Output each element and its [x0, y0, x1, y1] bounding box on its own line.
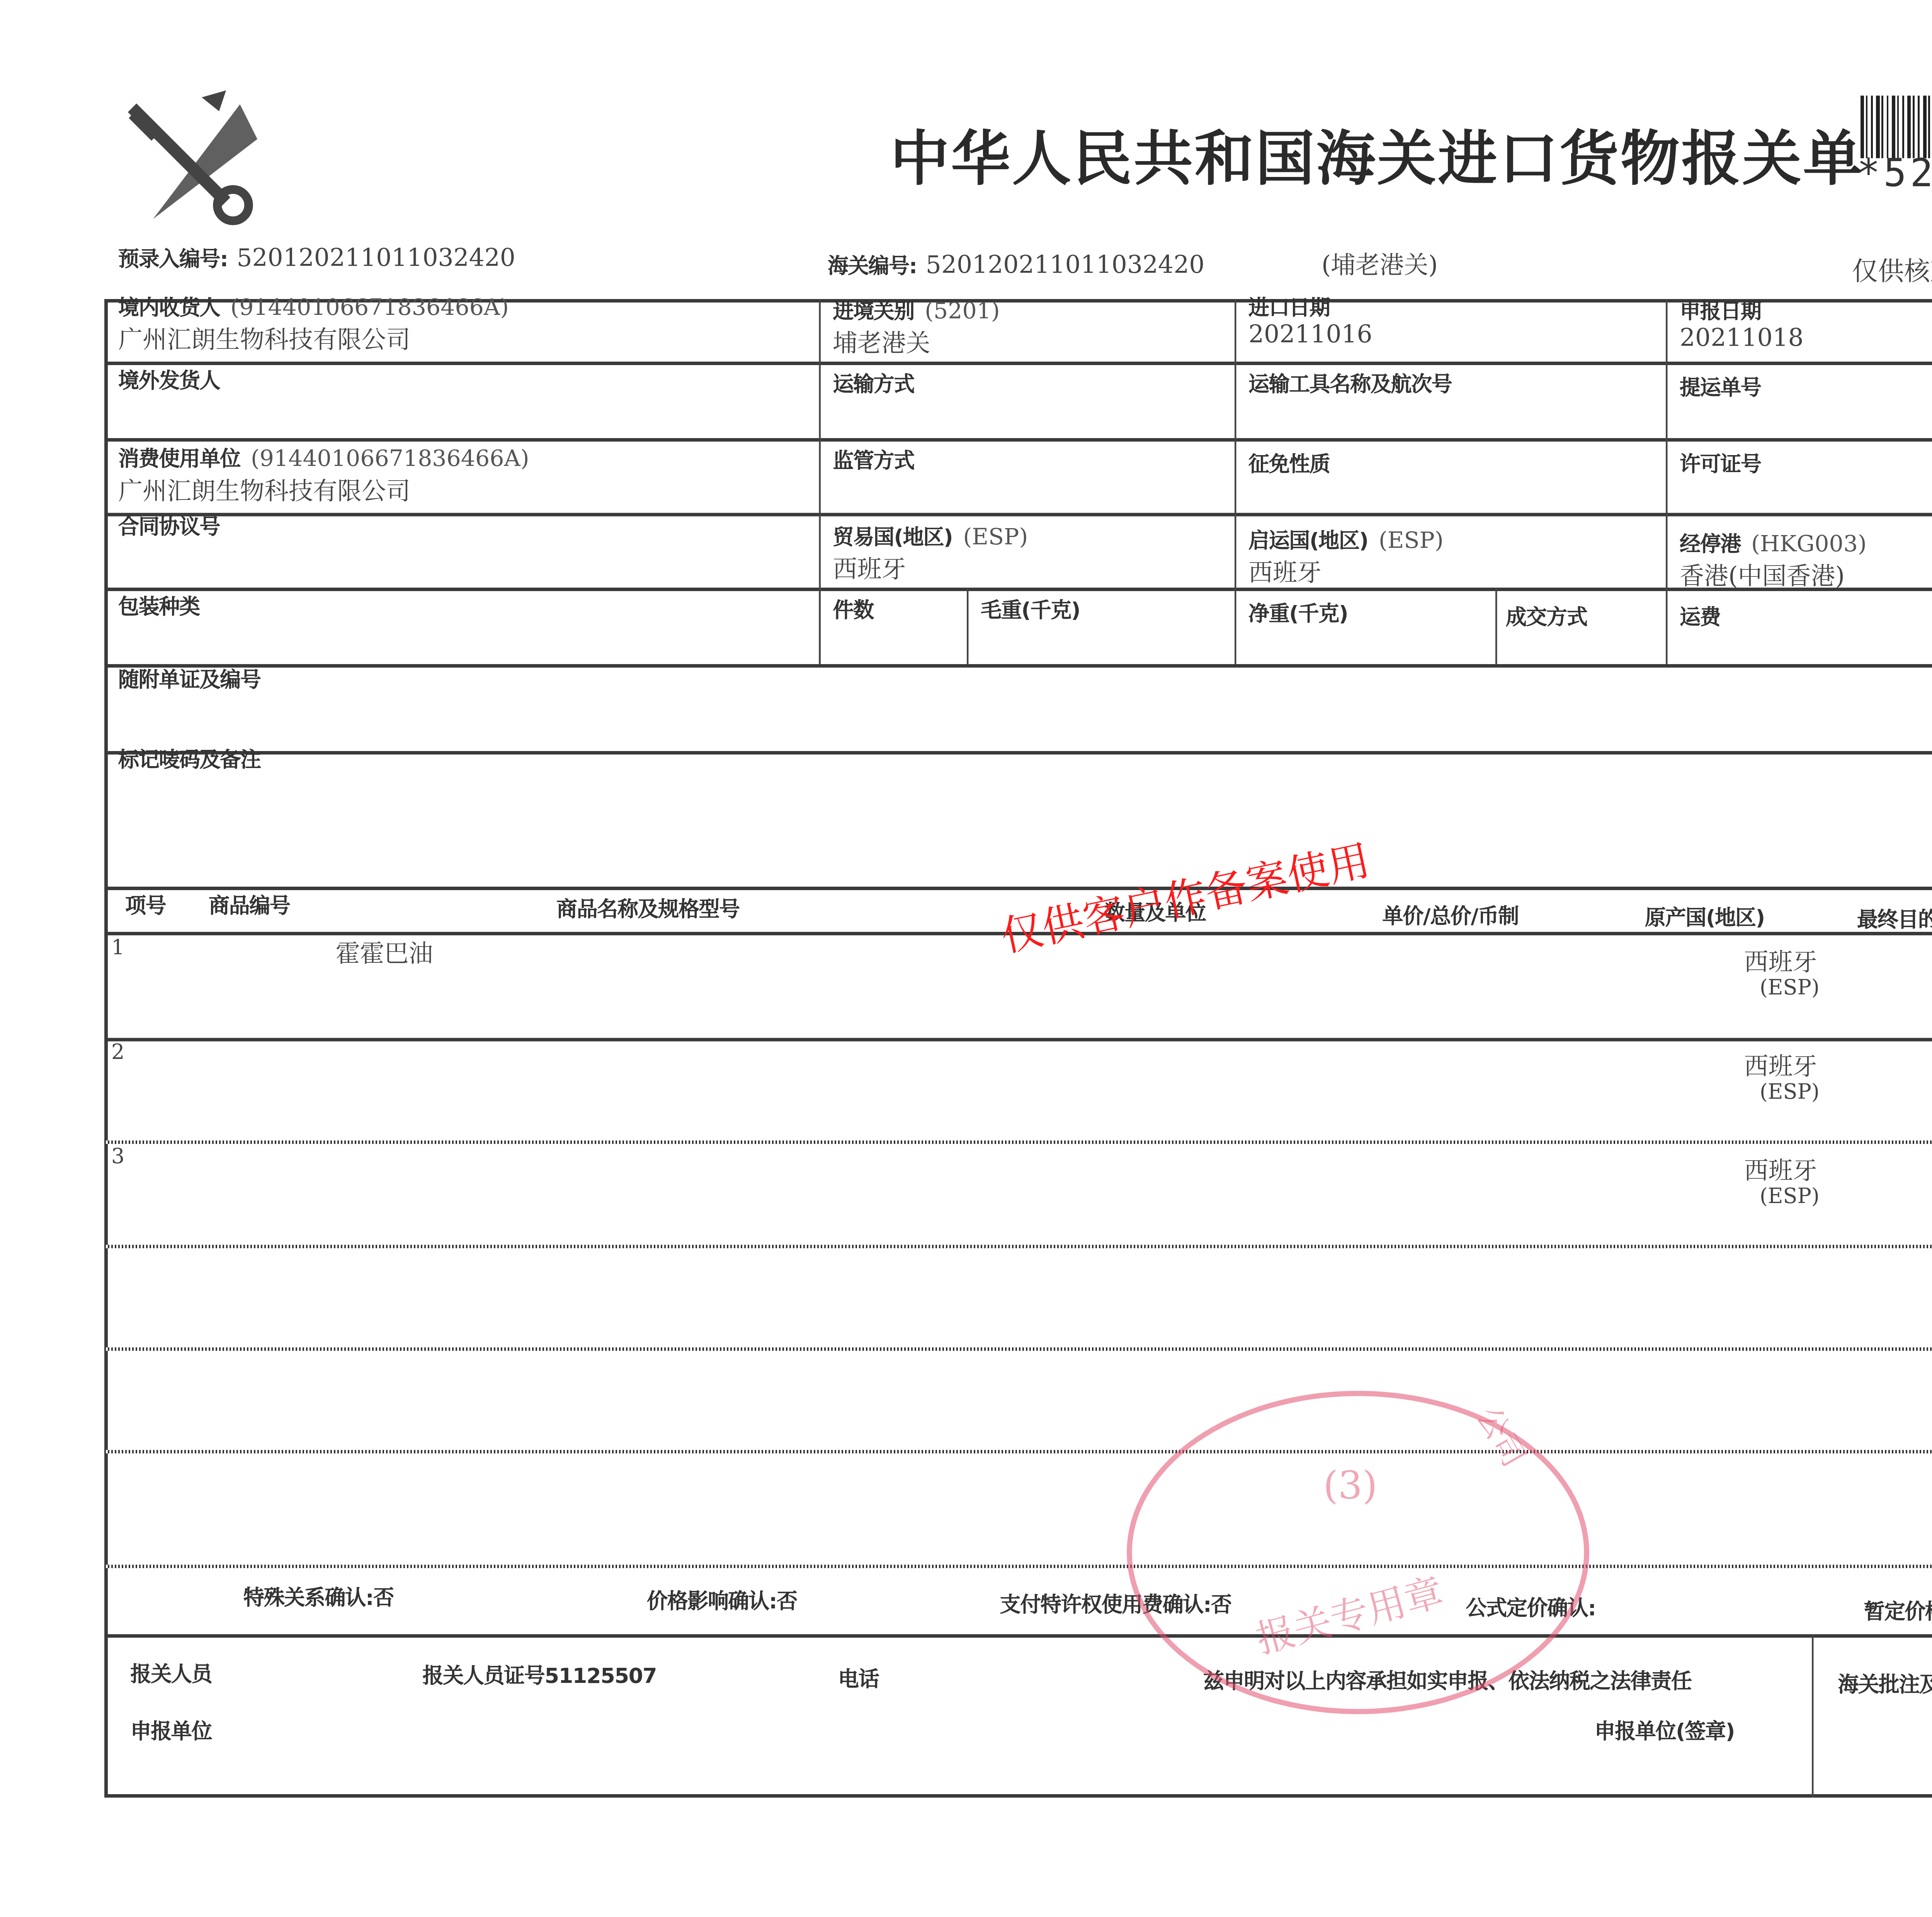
col-hs-code: 商品编号: [209, 890, 290, 920]
form-title: 中华人民共和国海关进口货物报关单: [890, 111, 1864, 197]
customs-number: 海关编号: 520120211011032420: [828, 247, 1204, 280]
field-bill-no: 提运单号: [1680, 372, 1761, 402]
barcode-number: *5201202110110324 20*: [1857, 153, 1932, 197]
item-origin: 西班牙: [1744, 1153, 1817, 1188]
field-departure-country: 启运国(地区)(ESP) 西班牙: [1248, 522, 1444, 590]
field-declare-date: 申报日期 20211018: [1680, 296, 1804, 353]
item-origin-code: (ESP): [1760, 1184, 1820, 1208]
field-trade-country: 贸易国(地区)(ESP) 西班牙: [833, 518, 1028, 586]
confirm-price-impact: 价格影响确认:否: [647, 1586, 797, 1615]
col-price: 单价/总价/币制: [1383, 901, 1519, 930]
field-transit-port: 经停港(HKG003) 香港(中国香港): [1680, 525, 1867, 593]
item-no: 2: [111, 1040, 124, 1064]
field-pieces: 件数: [833, 595, 874, 624]
footer-declarant-id: 报关人员证号51125507: [423, 1660, 657, 1690]
field-overseas-shipper: 境外发货人: [118, 365, 220, 395]
item-origin-code: (ESP): [1760, 975, 1820, 1000]
field-transport-mode: 运输方式: [833, 369, 915, 398]
field-supervision-mode: 监管方式: [833, 445, 915, 475]
field-freight: 运费: [1680, 602, 1720, 631]
field-package-type: 包装种类: [118, 591, 200, 621]
field-vessel-voyage: 运输工具名称及航次号: [1248, 369, 1452, 398]
col-item-no: 项号: [125, 890, 166, 920]
field-net-weight: 净重(千克): [1248, 598, 1348, 628]
field-license-no: 许可证号: [1680, 449, 1761, 478]
customs-office: (埔老港关): [1321, 247, 1438, 282]
barcode: [1861, 96, 1932, 158]
footer-declare-unit-seal: 申报单位(签章): [1595, 1716, 1735, 1746]
field-consignee: 境内收货人(91440106671836466A) 广州汇朗生物科技有限公司: [118, 289, 509, 357]
company-seal-stamp: (3) 报关专用章 公司: [1127, 1391, 1589, 1714]
field-deal-mode: 成交方式: [1506, 602, 1587, 631]
item-origin: 西班牙: [1744, 944, 1817, 979]
confirm-provisional-price: 暂定价格确认:: [1864, 1596, 1932, 1626]
field-import-date: 进口日期 20211016: [1248, 292, 1372, 350]
verify-note: 仅供核对用: [1852, 252, 1932, 289]
field-attached-docs: 随附单证及编号: [118, 664, 261, 694]
item-no: 3: [111, 1144, 124, 1168]
field-consumer-unit: 消费使用单位(91440106671836466A) 广州汇朗生物科技有限公司: [118, 440, 529, 508]
footer-customs-approval: 海关批注及签章: [1838, 1669, 1932, 1699]
col-product-name: 商品名称及规格型号: [556, 894, 740, 923]
footer-declarant: 报关人员: [131, 1659, 212, 1688]
customs-emblem-icon: [118, 87, 275, 226]
footer-declare-unit: 申报单位: [131, 1716, 212, 1746]
col-origin: 原产国(地区): [1645, 902, 1765, 932]
field-entry-customs: 进境关别(5201) 埔老港关: [833, 292, 1000, 360]
item-origin: 西班牙: [1744, 1049, 1817, 1083]
confirm-special-relation: 特殊关系确认:否: [243, 1582, 394, 1612]
customs-declaration-form: 中华人民共和国海关进口货物报关单 *5201202110110324 20* 预…: [0, 0, 1932, 1917]
footer-phone: 电话: [838, 1664, 879, 1694]
field-marks-remarks: 标记唛码及备注: [118, 744, 261, 774]
field-gross-weight: 毛重(千克): [981, 595, 1080, 624]
item-name: 霍霍巴油: [336, 935, 433, 970]
item-no: 1: [111, 935, 124, 960]
field-contract-no: 合同协议号: [118, 511, 220, 541]
item-origin-code: (ESP): [1760, 1080, 1820, 1104]
col-destination: 最终目的国(地区): [1857, 904, 1932, 934]
field-levy-nature: 征免性质: [1248, 449, 1330, 478]
pre-entry-number: 预录入编号: 520120211011032420: [118, 240, 515, 273]
